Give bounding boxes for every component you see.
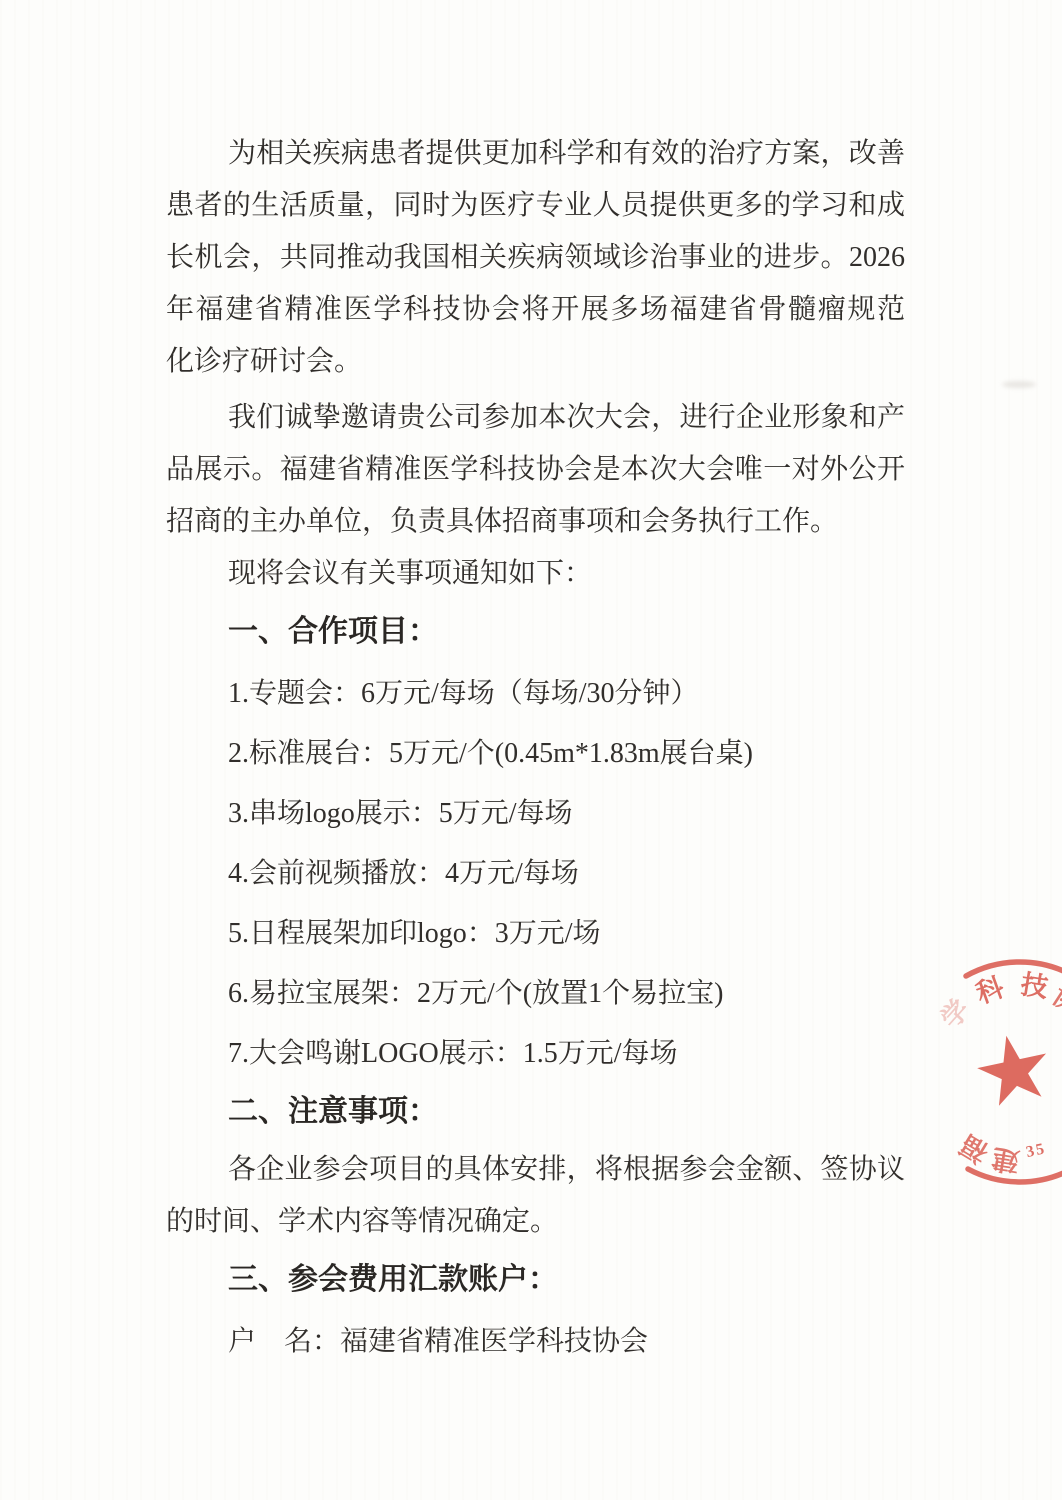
account-name-line: 户 名：福建省精准医学科技协会 [166,1316,905,1368]
seal-arc-char: 学 [935,994,975,1034]
paragraph-line: 年福建省精准医学科技协会将开展多场福建省骨髓瘤规范 [166,284,905,336]
document-body: 为相关疾病患者提供更加科学和有效的治疗方案，改善 患者的生活质量，同时为医疗专业… [166,128,905,1368]
section-heading-remittance-account: 三、参会费用汇款账户： [166,1254,905,1306]
official-seal: 学 科 技 协 福 建 35 [900,925,1062,1225]
paragraph-notes: 各企业参会项目的具体安排，将根据参会金额、签协议 的时间、学术内容等情况确定。 [166,1144,905,1248]
paragraph-line: 招商的主办单位，负责具体招商事项和会务执行工作。 [166,496,905,548]
list-item: 2.标准展台：5万元/个(0.45m*1.83m展台桌) [166,724,905,784]
seal-arc-char: 福 [955,1129,994,1169]
paragraph-line: 长机会，共同推动我国相关疾病领域诊治事业的进步。2026 [166,232,905,284]
paragraph-line: 各企业参会项目的具体安排，将根据参会金额、签协议 [166,1144,905,1196]
paragraph-line: 的时间、学术内容等情况确定。 [166,1196,905,1248]
scan-smudge [1002,381,1036,388]
list-item: 6.易拉宝展架：2万元/个(放置1个易拉宝) [166,964,905,1024]
seal-arc-char: 协 [1047,981,1062,1021]
list-item: 4.会前视频播放：4万元/每场 [166,844,905,904]
notice-line: 现将会议有关事项通知如下： [166,548,905,600]
seal-arc-char: 技 [1019,969,1050,1003]
list-item: 3.串场logo展示：5万元/每场 [166,784,905,844]
list-item: 5.日程展架加印logo：3万元/场 [166,904,905,964]
seal-arc-char: 建 [990,1143,1021,1177]
document-page: 为相关疾病患者提供更加科学和有效的治疗方案，改善 患者的生活质量，同时为医疗专业… [0,0,1062,1500]
paragraph-invitation: 我们诚挚邀请贵公司参加本次大会，进行企业形象和产 品展示。福建省精准医学科技协会… [166,392,905,548]
paragraph-line: 品展示。福建省精准医学科技协会是本次大会唯一对外公开 [166,444,905,496]
list-item: 1.专题会：6万元/每场（每场/30分钟） [166,664,905,724]
paragraph-intro: 为相关疾病患者提供更加科学和有效的治疗方案，改善 患者的生活质量，同时为医疗专业… [166,128,905,388]
section-heading-notes: 二、注意事项： [166,1086,905,1138]
section-heading-cooperation-items: 一、合作项目： [166,606,905,658]
seal-serial-digits: 35 [1025,1140,1048,1161]
cooperation-item-list: 1.专题会：6万元/每场（每场/30分钟） 2.标准展台：5万元/个(0.45m… [166,664,905,1084]
paragraph-line: 患者的生活质量，同时为医疗专业人员提供更多的学习和成 [166,180,905,232]
paragraph-line: 为相关疾病患者提供更加科学和有效的治疗方案，改善 [166,128,905,180]
seal-arc-char: 科 [972,972,1008,1009]
paragraph-line: 化诊疗研讨会。 [166,336,905,388]
list-item: 7.大会鸣谢LOGO展示：1.5万元/每场 [166,1024,905,1084]
paragraph-line: 我们诚挚邀请贵公司参加本次大会，进行企业形象和产 [166,392,905,444]
star-icon [972,1028,1055,1108]
